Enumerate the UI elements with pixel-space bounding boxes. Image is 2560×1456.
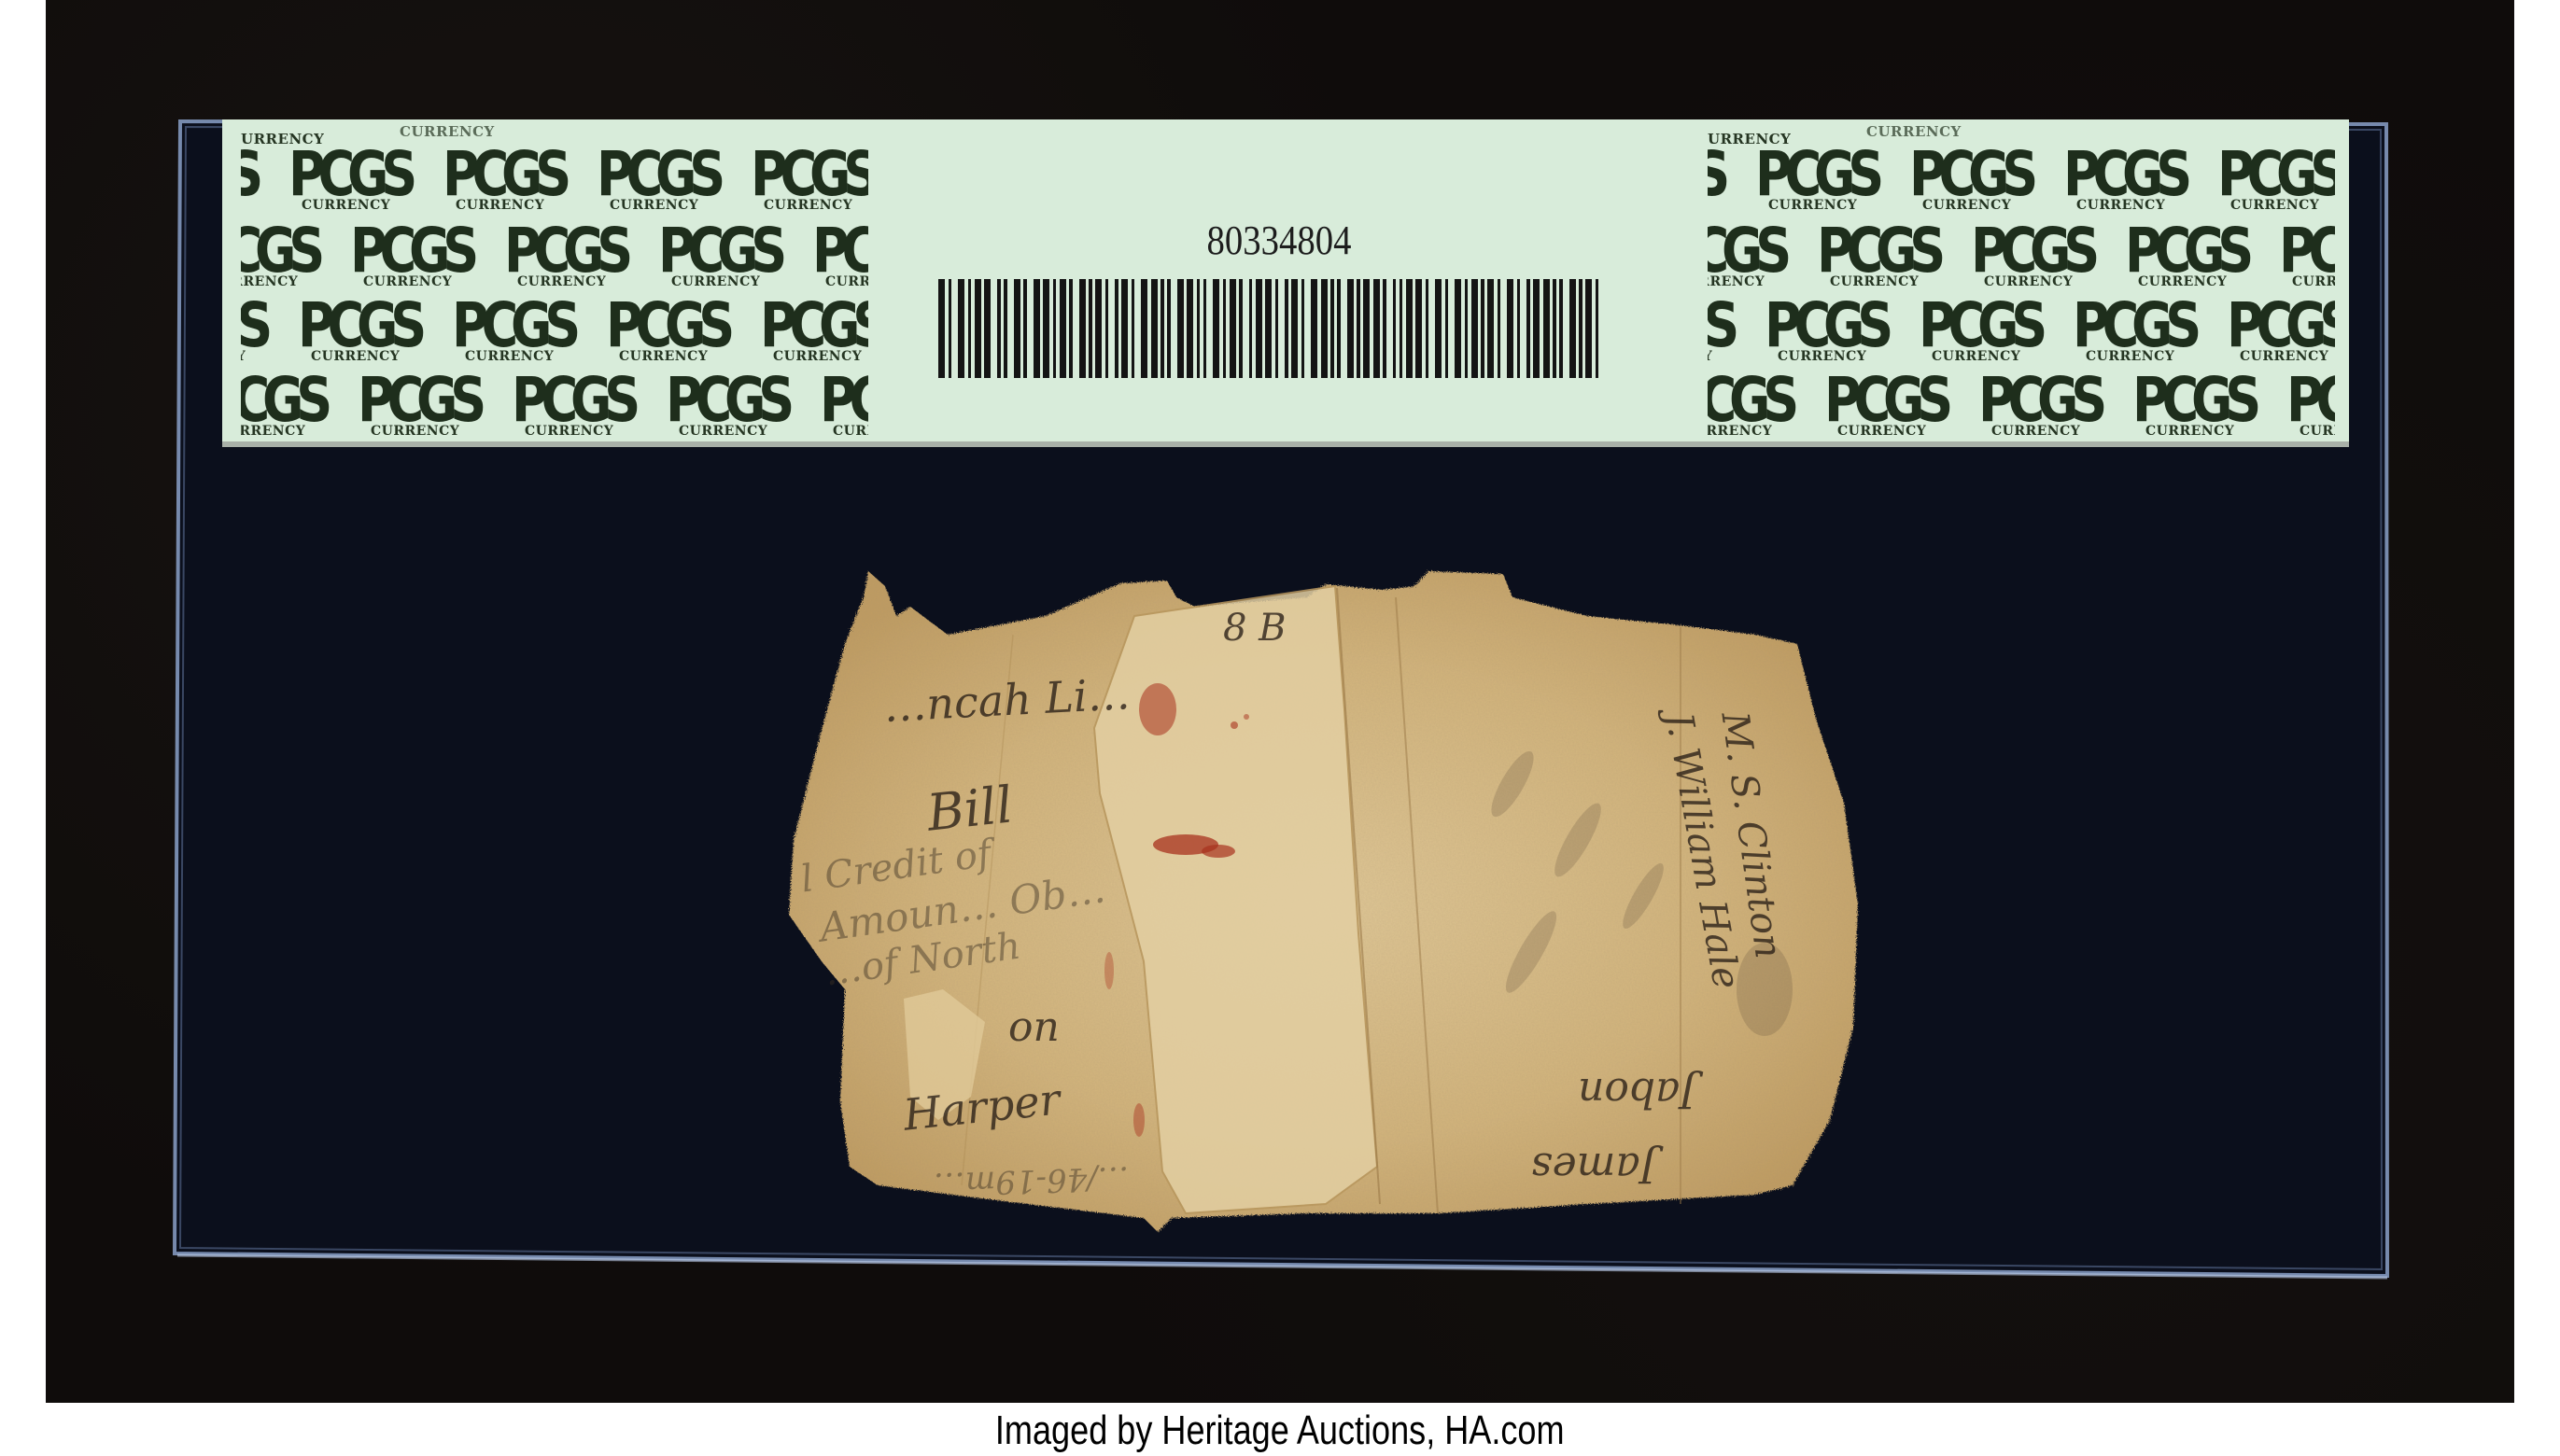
banknote: …ncah Li… 8 B Bill l Credit of Amoun… Ob… bbox=[0, 0, 2560, 1456]
signature-3: Jabon bbox=[1578, 1069, 1696, 1116]
handwriting-on: on bbox=[1008, 1003, 1060, 1051]
handwriting-mark-8b: 8 B bbox=[1223, 607, 1287, 650]
handwriting-bottom-faint: …/46-19m… bbox=[933, 1158, 1130, 1202]
signature-4: James bbox=[1531, 1143, 1656, 1191]
handwriting-bill: Bill bbox=[924, 775, 1016, 842]
image-credit-footer: Imaged by Heritage Auctions, HA.com bbox=[0, 1403, 2560, 1456]
note-paper bbox=[0, 0, 2560, 1456]
image-credit-text: Imaged by Heritage Auctions, HA.com bbox=[995, 1408, 1565, 1453]
